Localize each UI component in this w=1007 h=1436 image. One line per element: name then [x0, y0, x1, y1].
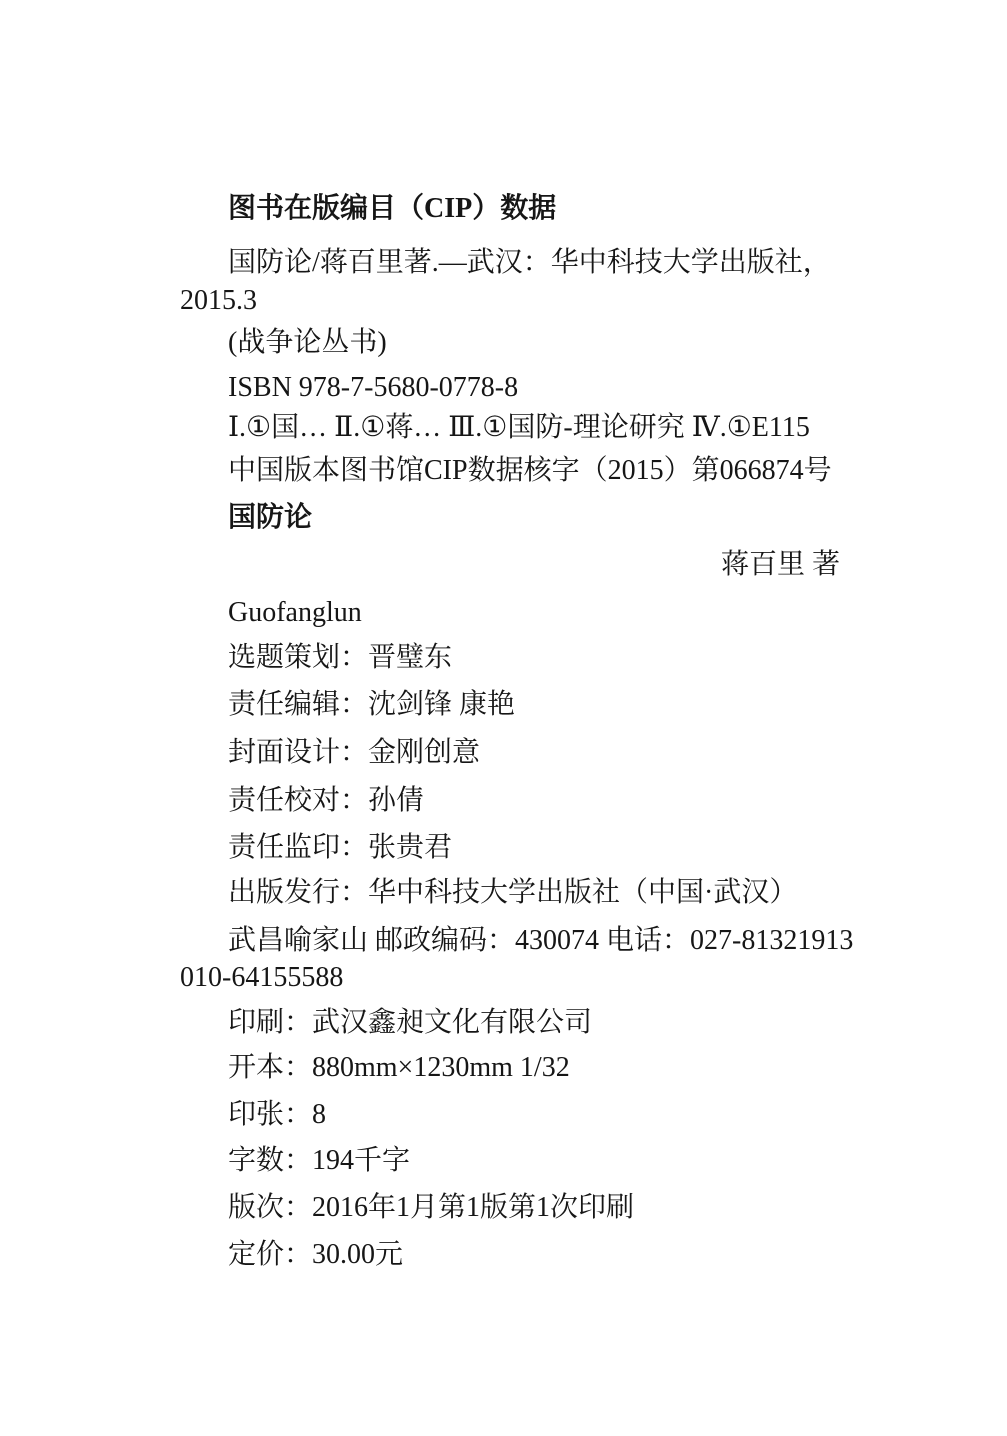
cip-catalog-entry-line1: 国防论/蒋百里著.—武汉：华中科技大学出版社，	[228, 245, 831, 281]
print-supervisor-line: 责任监印：张贵君	[228, 830, 452, 866]
series-note: (战争论丛书)	[228, 325, 387, 361]
book-author: 蒋百里 著	[721, 547, 840, 583]
executive-editor-line: 责任编辑：沈剑锋 康艳	[228, 687, 515, 723]
isbn-line: ISBN 978-7-5680-0778-8	[228, 370, 518, 406]
cip-classification-line: Ⅰ.①国… Ⅱ.①蒋… Ⅲ.①国防-理论研究 Ⅳ.①E115	[228, 410, 810, 446]
cip-record-number-line: 中国版本图书馆CIP数据核字（2015）第066874号	[228, 453, 832, 489]
address-phone-line1: 武昌喻家山 邮政编码：430074 电话：027-81321913	[228, 923, 853, 959]
word-count-line: 字数：194千字	[228, 1143, 410, 1179]
cip-catalog-entry-line2: 2015.3	[180, 283, 257, 319]
address-phone-line2: 010-64155588	[180, 960, 343, 996]
sheets-line: 印张：8	[228, 1097, 326, 1133]
edition-line: 版次：2016年1月第1版第1次印刷	[228, 1190, 634, 1226]
topic-planner-line: 选题策划：晋璧东	[228, 640, 452, 676]
proofreader-line: 责任校对：孙倩	[228, 783, 424, 819]
price-line: 定价：30.00元	[228, 1237, 403, 1273]
cip-data-header: 图书在版编目（CIP）数据	[228, 191, 556, 227]
book-pinyin: Guofanglun	[228, 595, 362, 631]
printer-line: 印刷：武汉鑫昶文化有限公司	[228, 1005, 592, 1041]
format-line: 开本：880mm×1230mm 1/32	[228, 1050, 570, 1086]
publisher-line: 出版发行：华中科技大学出版社（中国·武汉）	[228, 875, 797, 911]
book-copyright-page: 图书在版编目（CIP）数据 国防论/蒋百里著.—武汉：华中科技大学出版社， 20…	[0, 0, 1007, 1436]
book-title: 国防论	[228, 500, 312, 536]
cover-design-line: 封面设计：金刚创意	[228, 735, 480, 771]
